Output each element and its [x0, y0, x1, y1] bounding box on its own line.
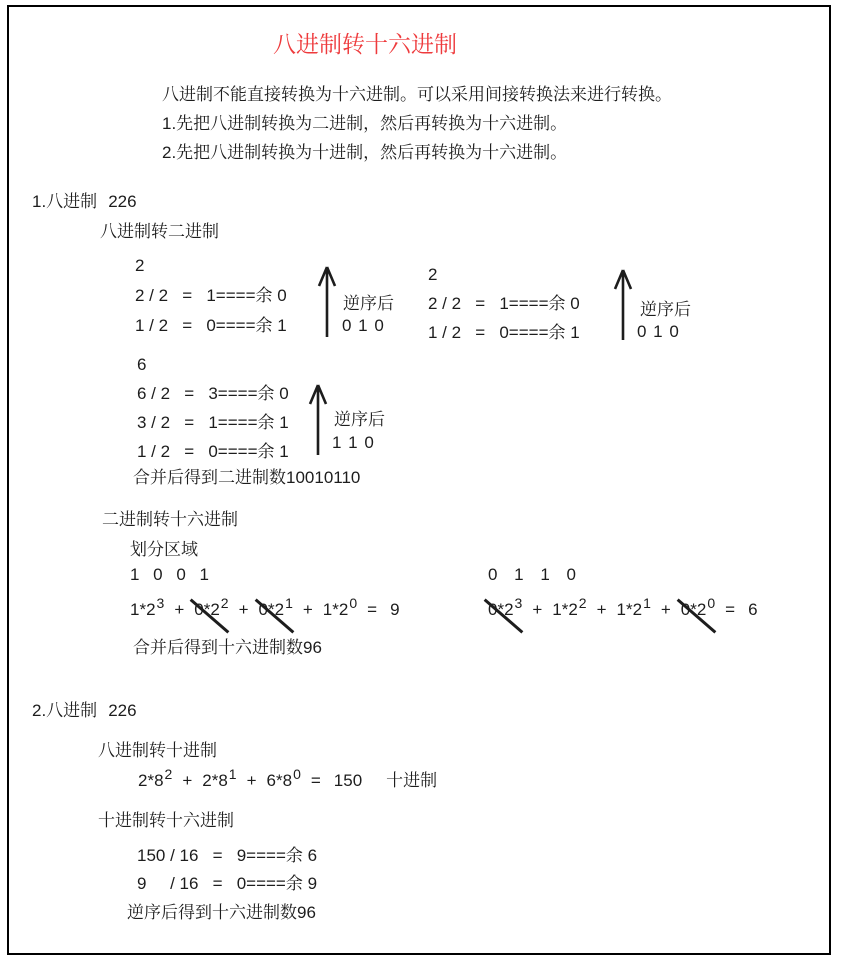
step-octal-to-decimal-title: 八进制转十进制 [98, 736, 217, 761]
plus-sign: + [247, 771, 257, 791]
page-title: 八进制转十六进制 [273, 32, 457, 57]
up-arrow-icon [306, 383, 330, 457]
reverse-order-label: 逆序后 [640, 295, 691, 320]
eq-term-struck: 0*22 [194, 600, 228, 620]
eq-term: 1*21 [617, 600, 651, 620]
section2-heading-label: 2.八进制 [32, 701, 97, 720]
eq-term-struck: 0*21 [259, 600, 293, 620]
division-lead: 2 [428, 260, 580, 289]
eq-term: 2*82 [138, 771, 172, 791]
equation-right-nibble: 0*23 + 1*22 + 1*21 + 0*20 = 6 [488, 600, 758, 620]
equals-sign: = [367, 600, 377, 620]
equals-sign: = [311, 771, 321, 791]
term-exponent: 1 [285, 595, 293, 611]
term-exponent: 1 [229, 766, 237, 782]
binary-nibble-left: 1 0 0 1 [130, 565, 209, 585]
division-group-decimal: 150 / 16 = 9====余 6 9 / 16 = 0====余 9 [137, 842, 317, 898]
intro-line-3: 2.先把八进制转换为十进制，然后再转换为十六进制。 [162, 138, 672, 167]
intro-line-2: 1.先把八进制转换为二进制，然后再转换为十六进制。 [162, 109, 672, 138]
equation-left-nibble: 1*23 + 0*22 + 0*21 + 1*20 = 9 [130, 600, 400, 620]
equation-result: 9 [390, 600, 399, 620]
division-row: 6 / 2 = 3====余 0 [137, 379, 289, 408]
decimal-suffix-label: 十进制 [386, 766, 437, 791]
step-octal-to-binary-title: 八进制转二进制 [100, 217, 219, 242]
reversed-digits: 0 1 0 [342, 316, 384, 336]
intro-paragraph: 八进制不能直接转换为十六进制。可以采用间接转换法来进行转换。 1.先把八进制转换… [162, 80, 672, 167]
division-lead: 2 [135, 251, 287, 281]
binary-nibble-right: 0 1 1 0 [488, 565, 576, 585]
step-binary-to-hex-title: 二进制转十六进制 [102, 505, 238, 530]
division-group-digit6: 6 6 / 2 = 3====余 0 3 / 2 = 1====余 1 1 / … [137, 350, 289, 466]
intro-line-1: 八进制不能直接转换为十六进制。可以采用间接转换法来进行转换。 [162, 80, 672, 109]
division-row: 9 / 16 = 0====余 9 [137, 870, 317, 898]
division-group-digit2-left: 2 2 / 2 = 1====余 0 1 / 2 = 0====余 1 [135, 251, 287, 341]
term-exponent: 0 [349, 595, 357, 611]
term-exponent: 0 [707, 595, 715, 611]
division-row: 150 / 16 = 9====余 6 [137, 842, 317, 870]
term-exponent: 2 [579, 595, 587, 611]
equation-octal-to-decimal: 2*82 + 2*81 + 6*80 = 150 十进制 [138, 766, 437, 791]
plus-sign: + [239, 600, 249, 620]
reversed-digits: 1 1 0 [332, 433, 374, 453]
partition-label: 划分区域 [130, 535, 198, 560]
eq-term: 1*23 [130, 600, 164, 620]
term-exponent: 2 [221, 595, 229, 611]
division-row: 2 / 2 = 1====余 0 [428, 289, 580, 318]
term-base: 1*2 [552, 600, 578, 619]
plus-sign: + [174, 600, 184, 620]
term-base: 0*2 [194, 600, 220, 619]
term-base: 1*2 [617, 600, 643, 619]
term-base: 1*2 [130, 600, 156, 619]
equation-result: 6 [748, 600, 757, 620]
term-base: 2*8 [202, 771, 228, 790]
plus-sign: + [182, 771, 192, 791]
division-row: 2 / 2 = 1====余 0 [135, 281, 287, 311]
section2-heading: 2.八进制226 [32, 696, 137, 721]
reverse-order-label: 逆序后 [343, 289, 394, 314]
eq-term: 1*22 [552, 600, 586, 620]
document-page: 八进制转十六进制 八进制不能直接转换为十六进制。可以采用间接转换法来进行转换。 … [0, 0, 843, 964]
division-row: 1 / 2 = 0====余 1 [428, 318, 580, 347]
plus-sign: + [532, 600, 542, 620]
plus-sign: + [597, 600, 607, 620]
term-exponent: 3 [515, 595, 523, 611]
merge-hex-result: 合并后得到十六进制数96 [133, 633, 322, 658]
term-base: 0*2 [259, 600, 285, 619]
term-base: 6*8 [267, 771, 293, 790]
reverse-order-label: 逆序后 [334, 405, 385, 430]
eq-term: 1*20 [323, 600, 357, 620]
division-row: 1 / 2 = 0====余 1 [135, 311, 287, 341]
plus-sign: + [661, 600, 671, 620]
eq-term-struck: 0*23 [488, 600, 522, 620]
equation-result: 150 [334, 771, 362, 791]
final-hex-result: 逆序后得到十六进制数96 [127, 898, 316, 923]
term-exponent: 0 [293, 766, 301, 782]
term-exponent: 2 [165, 766, 173, 782]
section1-heading-label: 1.八进制 [32, 192, 97, 211]
term-base: 1*2 [323, 600, 349, 619]
term-base: 2*8 [138, 771, 164, 790]
division-group-digit2-right: 2 2 / 2 = 1====余 0 1 / 2 = 0====余 1 [428, 260, 580, 347]
eq-term-struck: 0*20 [681, 600, 715, 620]
eq-term: 2*81 [202, 771, 236, 791]
step-decimal-to-hex-title: 十进制转十六进制 [98, 806, 234, 831]
division-row: 1 / 2 = 0====余 1 [137, 437, 289, 466]
equals-sign: = [725, 600, 735, 620]
section2-octal-value: 226 [108, 701, 136, 720]
term-base: 0*2 [681, 600, 707, 619]
eq-term: 6*80 [267, 771, 301, 791]
reversed-digits: 0 1 0 [637, 322, 679, 342]
up-arrow-icon [611, 268, 635, 342]
plus-sign: + [303, 600, 313, 620]
section1-octal-value: 226 [108, 192, 136, 211]
term-exponent: 1 [643, 595, 651, 611]
term-base: 0*2 [488, 600, 514, 619]
up-arrow-icon [315, 265, 339, 339]
term-exponent: 3 [157, 595, 165, 611]
merge-binary-result: 合并后得到二进制数10010110 [133, 463, 360, 488]
division-row: 3 / 2 = 1====余 1 [137, 408, 289, 437]
section1-heading: 1.八进制226 [32, 187, 137, 212]
division-lead: 6 [137, 350, 289, 379]
